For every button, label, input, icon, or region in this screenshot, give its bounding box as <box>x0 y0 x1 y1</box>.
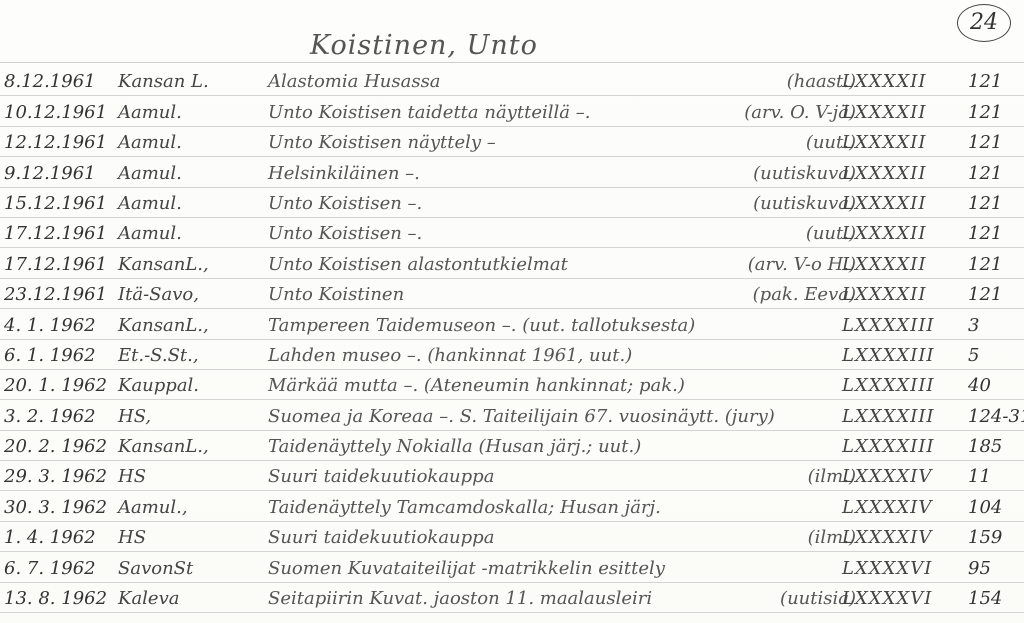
entry-volume: LXXXXIV <box>842 466 932 487</box>
list-item: 6. 1. 1962Et.-S.St.,Lahden museo –. (han… <box>0 340 1024 370</box>
entry-headline: Seitapiirin Kuvat. jaoston 11. maalausle… <box>268 588 652 609</box>
entry-page: 121 <box>968 284 1002 305</box>
index-card: 24 Koistinen, Unto 8.12.1961Kansan L.Ala… <box>0 0 1024 623</box>
page-number-circle: 24 <box>957 4 1011 42</box>
entry-note: (arv. O. V-jä) <box>744 102 856 123</box>
entry-source: Itä-Savo, <box>118 284 268 305</box>
entry-date: 3. 2. 1962 <box>4 406 116 427</box>
list-item: 6. 7. 1962SavonStSuomen Kuvataiteilijat … <box>0 552 1024 582</box>
entry-volume: LXXXXIII <box>842 406 935 427</box>
entry-source: Kauppal. <box>118 375 268 396</box>
entry-date: 23.12.1961 <box>4 284 116 305</box>
list-item: 30. 3. 1962Aamul.,Taidenäyttely Tamcamdo… <box>0 491 1024 521</box>
entry-source: Aamul. <box>118 102 268 123</box>
entry-source: Et.-S.St., <box>118 345 268 366</box>
list-item: 1. 4. 1962HSSuuri taidekuutiokauppa(ilm.… <box>0 522 1024 552</box>
entry-note: (arv. V-o H.) <box>748 254 856 275</box>
entry-headline: Alastomia Husassa <box>268 71 441 92</box>
entry-headline: Unto Koistisen taidetta näytteillä –. <box>268 102 590 123</box>
divider <box>0 62 1024 63</box>
card-title: Koistinen, Unto <box>310 30 538 61</box>
list-item: 3. 2. 1962HS,Suomea ja Koreaa –. S. Tait… <box>0 400 1024 430</box>
entry-date: 17.12.1961 <box>4 254 116 275</box>
entry-volume: LXXXXII <box>842 284 926 305</box>
list-item: 23.12.1961Itä-Savo,Unto Koistinen(pak. E… <box>0 279 1024 309</box>
entry-page: 154 <box>968 588 1002 609</box>
entry-page: 121 <box>968 71 1002 92</box>
entry-headline: Helsinkiläinen –. <box>268 163 420 184</box>
entry-page: 159 <box>968 527 1002 548</box>
entry-volume: LXXXXIII <box>842 345 935 366</box>
entry-list: 8.12.1961Kansan L.Alastomia Husassa(haas… <box>0 66 1024 613</box>
entry-date: 30. 3. 1962 <box>4 497 116 518</box>
entry-volume: LXXXXIII <box>842 315 935 336</box>
list-item: 10.12.1961Aamul.Unto Koistisen taidetta … <box>0 96 1024 126</box>
list-item: 20. 1. 1962Kauppal.Märkää mutta –. (Aten… <box>0 370 1024 400</box>
entry-volume: LXXXXII <box>842 254 926 275</box>
entry-source: Aamul. <box>118 193 268 214</box>
entry-volume: LXXXXII <box>842 71 926 92</box>
entry-source: KansanL., <box>118 315 268 336</box>
entry-date: 13. 8. 1962 <box>4 588 116 609</box>
list-item: 9.12.1961Aamul.Helsinkiläinen –.(uutisku… <box>0 157 1024 187</box>
entry-source: Aamul. <box>118 163 268 184</box>
entry-headline: Taidenäyttely Tamcamdoskalla; Husan järj… <box>268 497 661 518</box>
entry-date: 20. 2. 1962 <box>4 436 116 457</box>
entry-page: 185 <box>968 436 1002 457</box>
list-item: 13. 8. 1962KalevaSeitapiirin Kuvat. jaos… <box>0 583 1024 613</box>
entry-headline: Suuri taidekuutiokauppa <box>268 466 494 487</box>
entry-volume: LXXXXIV <box>842 497 932 518</box>
entry-volume: LXXXXIII <box>842 436 935 457</box>
entry-page: 40 <box>968 375 991 396</box>
entry-volume: LXXXXIV <box>842 527 932 548</box>
list-item: 17.12.1961KansanL.,Unto Koistisen alasto… <box>0 248 1024 278</box>
entry-source: Kansan L. <box>118 71 268 92</box>
entry-source: Aamul. <box>118 223 268 244</box>
entry-page: 121 <box>968 102 1002 123</box>
list-item: 20. 2. 1962KansanL.,Taidenäyttely Nokial… <box>0 431 1024 461</box>
entry-page: 121 <box>968 163 1002 184</box>
entry-headline: Lahden museo –. (hankinnat 1961, uut.) <box>268 345 632 366</box>
entry-note: (pak. Eeva) <box>753 284 856 305</box>
entry-source: Aamul., <box>118 497 268 518</box>
entry-volume: LXXXXII <box>842 163 926 184</box>
entry-volume: LXXXXVI <box>842 588 932 609</box>
entry-date: 20. 1. 1962 <box>4 375 116 396</box>
entry-source: HS <box>118 466 268 487</box>
entry-note: (uutiskuva) <box>753 163 856 184</box>
entry-headline: Taidenäyttely Nokialla (Husan järj.; uut… <box>268 436 641 457</box>
entry-volume: LXXXXVI <box>842 558 932 579</box>
entry-page: 121 <box>968 223 1002 244</box>
entry-date: 6. 7. 1962 <box>4 558 116 579</box>
entry-headline: Unto Koistisen –. <box>268 193 422 214</box>
entry-source: HS <box>118 527 268 548</box>
entry-page: 121 <box>968 193 1002 214</box>
entry-date: 6. 1. 1962 <box>4 345 116 366</box>
entry-note: (uutiskuva) <box>753 193 856 214</box>
list-item: 15.12.1961Aamul.Unto Koistisen –.(uutisk… <box>0 188 1024 218</box>
entry-headline: Unto Koistisen alastontutkielmat <box>268 254 568 275</box>
entry-source: SavonSt <box>118 558 268 579</box>
list-item: 17.12.1961Aamul.Unto Koistisen –.(uut.)L… <box>0 218 1024 248</box>
entry-page: 104 <box>968 497 1002 518</box>
entry-page: 124-31 <box>968 406 1024 427</box>
entry-volume: LXXXXIII <box>842 375 935 396</box>
entry-source: HS, <box>118 406 268 427</box>
entry-volume: LXXXXII <box>842 223 926 244</box>
entry-volume: LXXXXII <box>842 193 926 214</box>
entry-page: 5 <box>968 345 979 366</box>
entry-page: 121 <box>968 254 1002 275</box>
entry-page: 121 <box>968 132 1002 153</box>
entry-source: KansanL., <box>118 254 268 275</box>
entry-date: 29. 3. 1962 <box>4 466 116 487</box>
entry-page: 95 <box>968 558 991 579</box>
entry-date: 9.12.1961 <box>4 163 116 184</box>
list-item: 12.12.1961Aamul.Unto Koistisen näyttely … <box>0 127 1024 157</box>
entry-headline: Unto Koistisen –. <box>268 223 422 244</box>
entry-headline: Märkää mutta –. (Ateneumin hankinnat; pa… <box>268 375 685 396</box>
entry-headline: Suomea ja Koreaa –. S. Taiteilijain 67. … <box>268 406 775 427</box>
entry-volume: LXXXXII <box>842 132 926 153</box>
list-item: 8.12.1961Kansan L.Alastomia Husassa(haas… <box>0 66 1024 96</box>
entry-date: 10.12.1961 <box>4 102 116 123</box>
entry-headline: Unto Koistisen näyttely – <box>268 132 496 153</box>
entry-date: 17.12.1961 <box>4 223 116 244</box>
entry-headline: Tampereen Taidemuseon –. (uut. tallotuks… <box>268 315 695 336</box>
entry-source: Aamul. <box>118 132 268 153</box>
entry-headline: Suuri taidekuutiokauppa <box>268 527 494 548</box>
entry-volume: LXXXXII <box>842 102 926 123</box>
entry-headline: Suomen Kuvataiteilijat -matrikkelin esit… <box>268 558 665 579</box>
entry-source: Kaleva <box>118 588 268 609</box>
entry-date: 15.12.1961 <box>4 193 116 214</box>
entry-page: 11 <box>968 466 991 487</box>
entry-headline: Unto Koistinen <box>268 284 404 305</box>
entry-date: 12.12.1961 <box>4 132 116 153</box>
entry-date: 4. 1. 1962 <box>4 315 116 336</box>
entry-source: KansanL., <box>118 436 268 457</box>
entry-date: 1. 4. 1962 <box>4 527 116 548</box>
list-item: 29. 3. 1962HSSuuri taidekuutiokauppa(ilm… <box>0 461 1024 491</box>
list-item: 4. 1. 1962KansanL.,Tampereen Taidemuseon… <box>0 309 1024 339</box>
entry-page: 3 <box>968 315 979 336</box>
entry-date: 8.12.1961 <box>4 71 116 92</box>
